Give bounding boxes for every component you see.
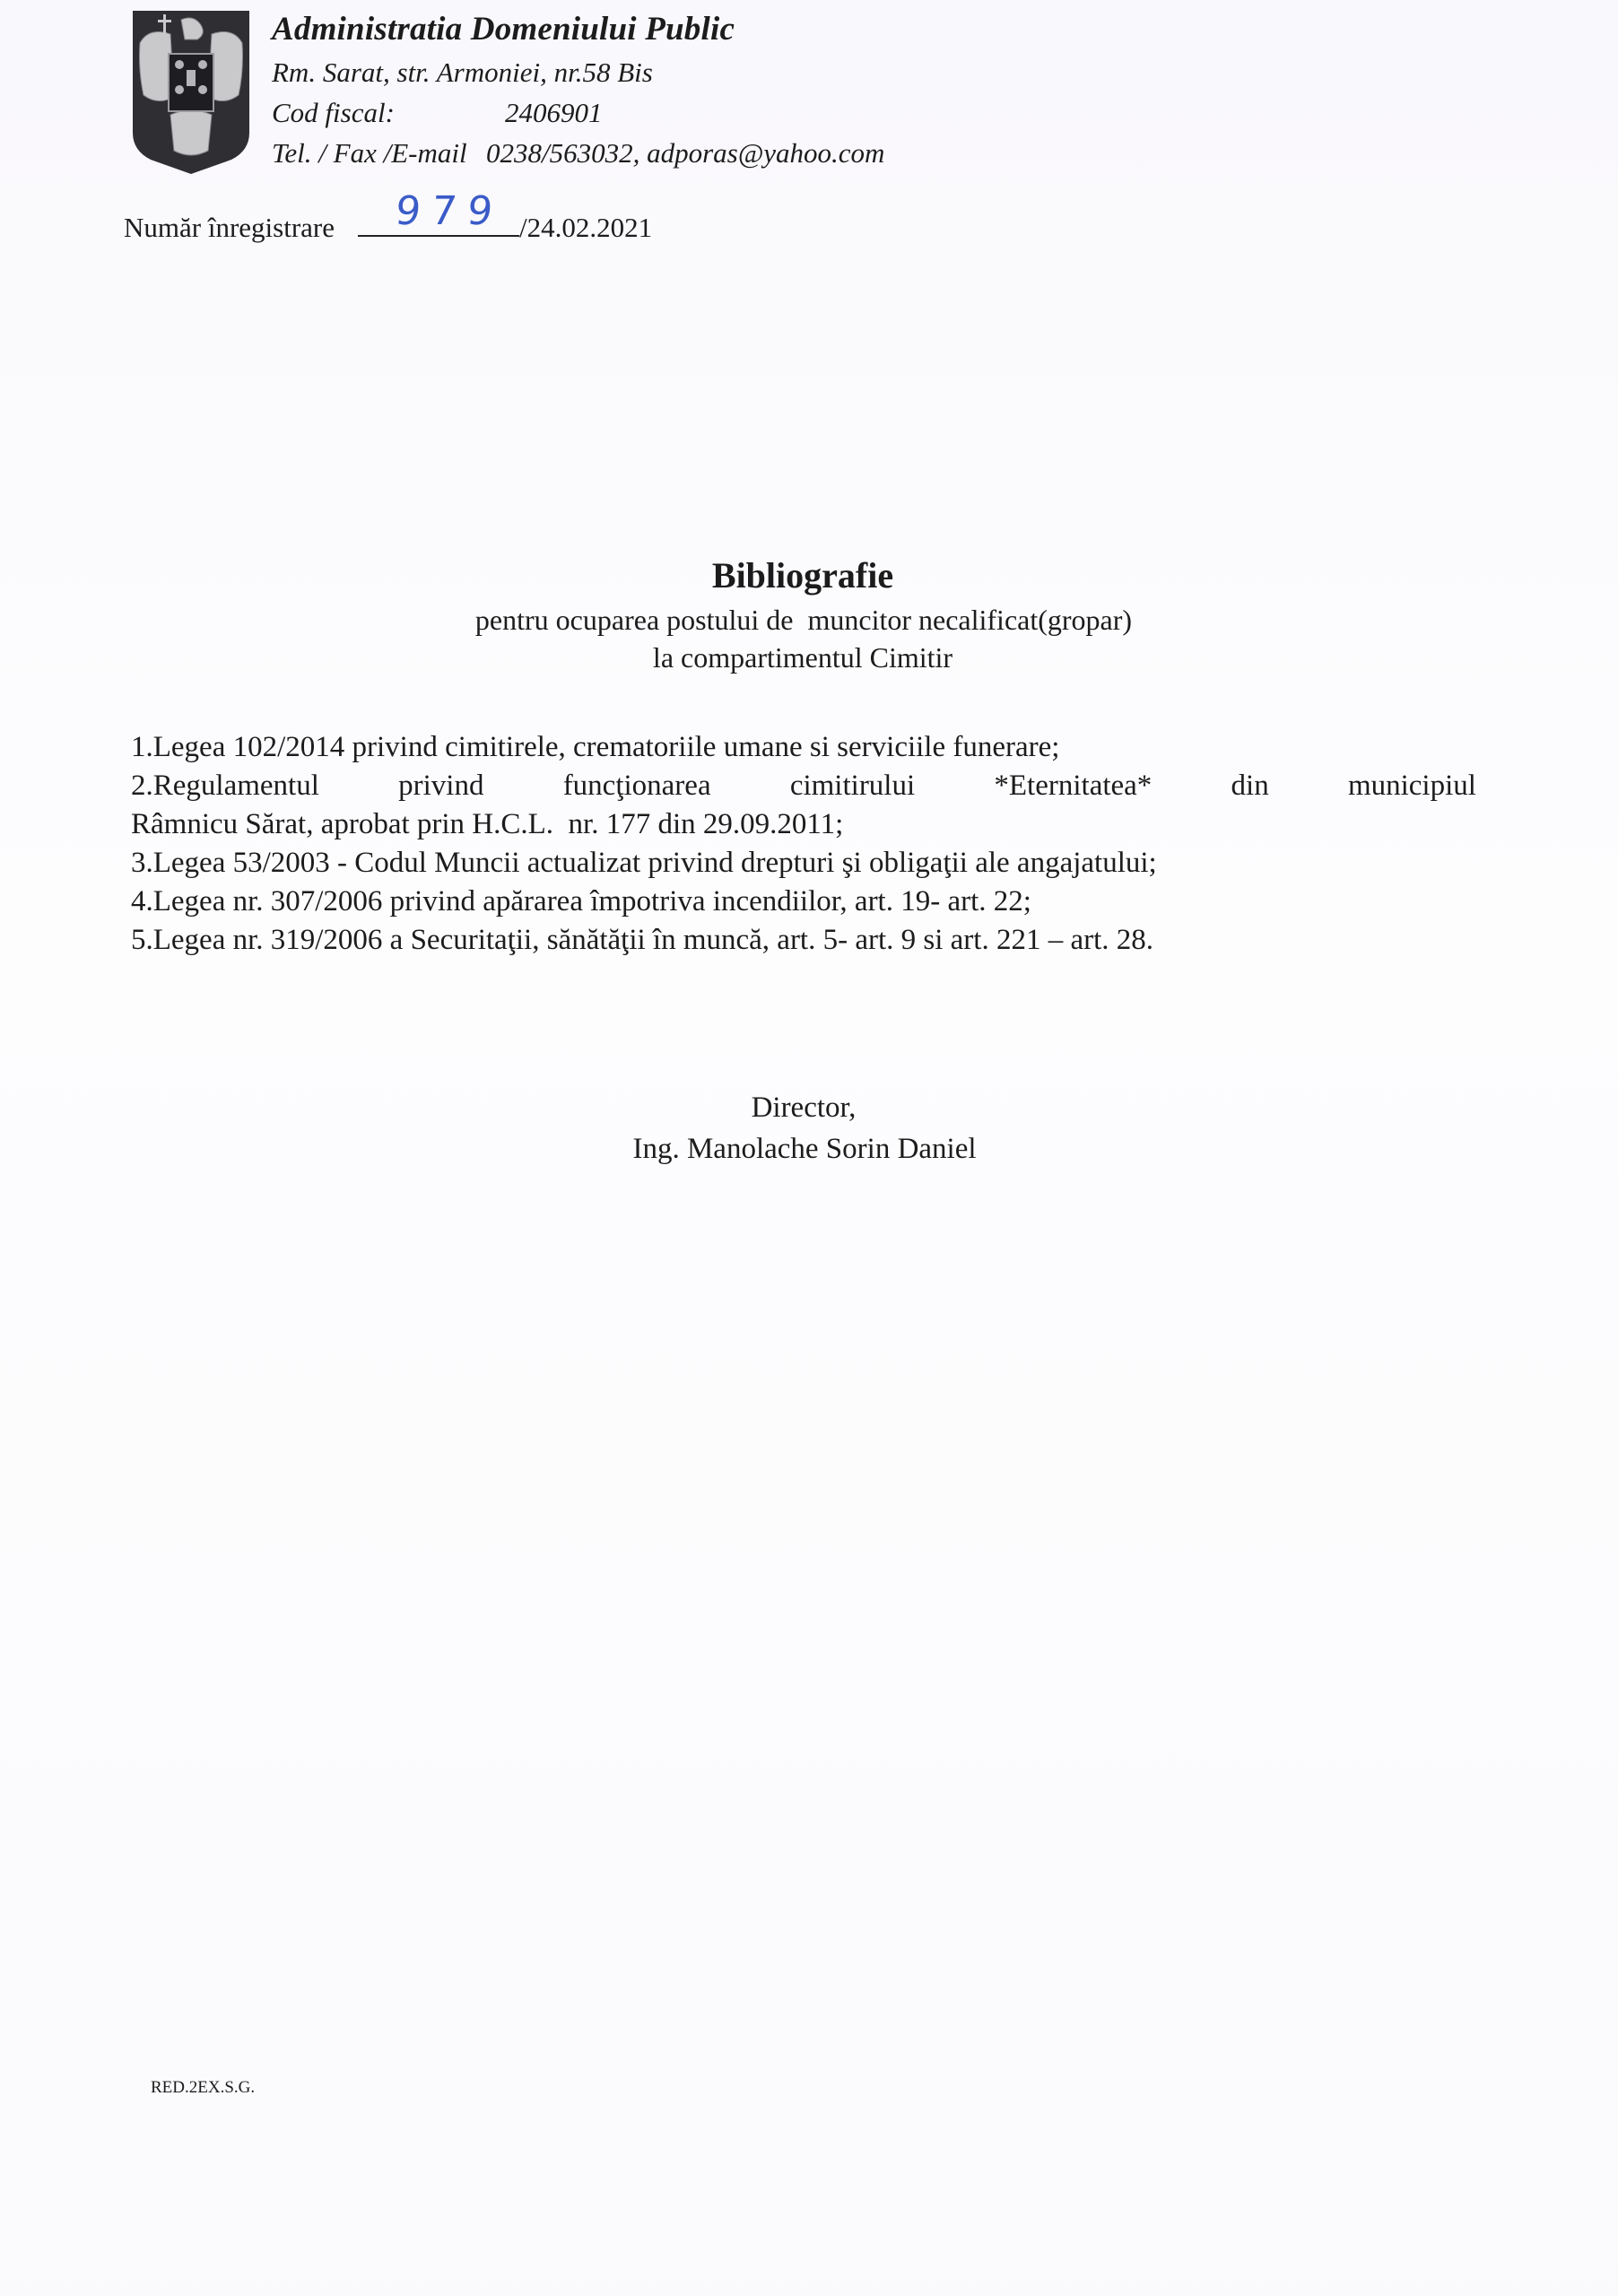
footer-reference: RED.2EX.S.G.: [151, 2078, 255, 2098]
word: municipiul: [1348, 767, 1476, 805]
word: privind: [398, 767, 483, 805]
registration-date: /24.02.2021: [519, 212, 652, 243]
registration-number-field: 979: [358, 208, 519, 237]
institution-name: Administratia Domeniului Public: [272, 7, 884, 52]
signatory-role: Director,: [0, 1087, 1618, 1128]
registration-line: Număr înregistrare979/24.02.2021: [124, 208, 652, 244]
signatory-name: Ing. Manolache Sorin Daniel: [0, 1128, 1618, 1170]
word: funcţionarea: [563, 767, 711, 805]
bibliography-item: 2.Regulamentul privind funcţionarea cimi…: [131, 767, 1476, 844]
word: 2.Regulamentul: [131, 767, 319, 805]
word: cimitirului: [790, 767, 915, 805]
fiscal-code-value: 2406901: [505, 92, 603, 133]
word: *Eternitatea*: [994, 767, 1152, 805]
contact-value: 0238/563032, adporas@yahoo.com: [486, 133, 884, 173]
document-subtitle-2: la compartimentul Cimitir: [0, 639, 1618, 676]
contact-label: Tel. / Fax /E-mail: [272, 133, 486, 173]
bibliography-item: 4.Legea nr. 307/2006 privind apărarea îm…: [131, 883, 1476, 921]
registration-number: 979: [393, 188, 505, 234]
coat-of-arms-icon: [131, 7, 251, 176]
fiscal-code-row: Cod fiscal:2406901: [272, 92, 884, 133]
document-subtitle: pentru ocuparea postului de muncitor nec…: [0, 601, 1618, 639]
bibliography-item-line: Râmnicu Sărat, aprobat prin H.C.L. nr. 1…: [131, 805, 1476, 844]
bibliography-item: 3.Legea 53/2003 - Codul Muncii actualiza…: [131, 844, 1476, 883]
document-page: Administratia Domeniului Public Rm. Sara…: [0, 0, 1618, 2296]
contact-row: Tel. / Fax /E-mail0238/563032, adporas@y…: [272, 133, 884, 173]
letterhead: Administratia Domeniului Public Rm. Sara…: [272, 7, 884, 173]
fiscal-code-label: Cod fiscal:: [272, 92, 505, 133]
word: din: [1231, 767, 1269, 805]
bibliography-item-line: 2.Regulamentul privind funcţionarea cimi…: [131, 767, 1476, 805]
bibliography-item: 5.Legea nr. 319/2006 a Securitaţii, sănă…: [131, 921, 1476, 960]
institution-address: Rm. Sarat, str. Armoniei, nr.58 Bis: [272, 52, 884, 92]
bibliography-list: 1.Legea 102/2014 privind cimitirele, cre…: [131, 728, 1476, 960]
signature-block: Director, Ing. Manolache Sorin Daniel: [0, 1087, 1618, 1170]
bibliography-item: 1.Legea 102/2014 privind cimitirele, cre…: [131, 728, 1476, 767]
title-block: Bibliografie pentru ocuparea postului de…: [0, 551, 1618, 676]
document-title: Bibliografie: [0, 551, 1618, 601]
registration-label: Număr înregistrare: [124, 212, 335, 243]
